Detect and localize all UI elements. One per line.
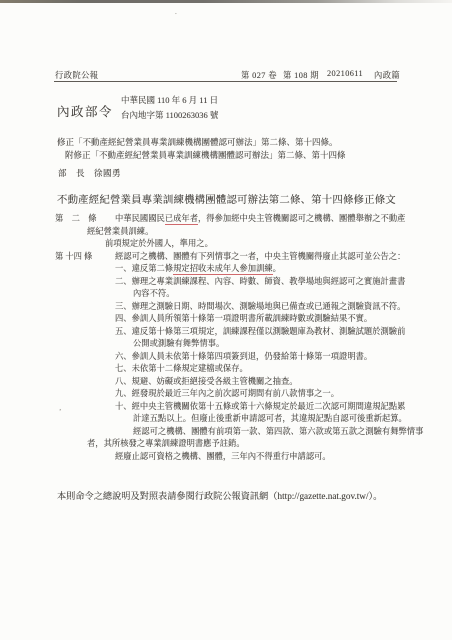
header-issue: 第 108 期 <box>283 69 319 81</box>
law-text: 六、參訓人員未依第十條第四項簽到退，仍發給第十條第一項證明書。 <box>115 351 372 362</box>
law-text-segment: 五、違反第十條第三項規定，訓練課程僅以測驗題庫為教材、測驗試題於測驗前 <box>115 327 405 336</box>
law-text-segment: 。 <box>273 264 281 273</box>
law-text: 公開或測驗有舞弊情事。 <box>133 338 224 349</box>
law-text: 四、參訓人員所領第十條第一項證明書所載訓練時數或測驗結果不實。 <box>115 313 372 324</box>
law-text: 計達五點以上。但廢止後重新申請認可者，其違規記點自認可後重新起算。 <box>133 413 407 424</box>
law-text-segment: 前項規定於外國人，準用之。 <box>105 239 213 248</box>
red-underlined-text: 規定招收未成年人參加訓練 <box>173 264 273 275</box>
gazette-scanned-page: . ’ 行政院公報 第 027 卷 第 108 期 20210611 內政篇 中… <box>0 0 452 640</box>
law-text-segment: 計達五點以上。但廢止後重新申請認可者，其違規記點自認可後重新起算。 <box>133 414 407 423</box>
law-text: 七、未依第十二條規定建檔或保存。 <box>115 363 248 374</box>
decree-agency: 內政部令 <box>57 102 113 120</box>
law-text-segment: 經廢止認可資格之機構、團體，三年內不得重行申請認可。 <box>115 452 331 461</box>
law-text-segment: 者，其所核發之專業訓練證明書應予註銷。 <box>87 439 245 448</box>
law-text: 三、辦理之測驗日期、時間場次、測驗場地與已備查或已通報之測驗資訊不符。 <box>115 301 405 312</box>
scanner-edge-artifact <box>0 0 452 3</box>
law-text: 經認可之機構、團體有前項第一款、第四款、第六款或第五款之測驗有舞弊情事 <box>133 426 423 437</box>
law-text: 九、經發現於最近三年內之前次認可期間有前八款情事之一。 <box>115 388 339 399</box>
law-text: 經認可之機構、團體有下列情事之一者，中央主管機關得廢止其認可並公告之： <box>115 251 405 262</box>
law-text-segment: ，得參加經中央主管機關認可之機構、團體舉辦之不動產 <box>198 214 405 223</box>
minister-signature: 部 長徐國勇 <box>58 167 121 179</box>
law-title: 不動產經紀營業員專業訓練機構團體認可辦法第二條、第十四條修正條文 <box>57 191 396 206</box>
law-text: 十、經中央主管機關依第十五條或第十六條規定於最近二次認可期間違規記點累 <box>115 401 405 412</box>
article-number-label: 第 十四 條 <box>55 251 92 262</box>
law-text: 內容不符。 <box>133 288 175 299</box>
law-text-segment: 六、參訓人員未依第十條第四項簽到退，仍發給第十條第一項證明書。 <box>115 352 372 361</box>
law-text-segment: 一、違反第二條 <box>115 264 173 273</box>
header-volume: 第 027 卷 <box>241 69 277 81</box>
minister-name: 徐國勇 <box>94 168 121 178</box>
law-text-segment: 經紀營業員訓練。 <box>87 227 153 236</box>
law-text-segment: 四、參訓人員所領第十條第一項證明書所載訓練時數或測驗結果不實。 <box>115 314 372 323</box>
law-text-segment: 內容不符。 <box>133 289 175 298</box>
red-underlined-text: 已成年者 <box>165 214 198 225</box>
law-text: 二、辦理之專業訓練課程、內容、時數、師資、教學場地與經認可之實施計畫書 <box>115 276 405 287</box>
law-text: 一、違反第二條規定招收未成年人參加訓練。 <box>115 263 281 274</box>
decree-ref-line: 台內地字第 1100263036 號 <box>121 109 218 121</box>
gazette-name: 行政院公報 <box>55 69 99 81</box>
scan-noise: ’ <box>59 409 61 416</box>
minister-title: 部 長 <box>58 168 85 178</box>
header-date-code: 20210611 <box>327 69 363 78</box>
law-text-segment: 經認可之機構、團體有前項第一款、第四款、第六款或第五款之測驗有舞弊情事 <box>133 427 423 436</box>
law-text: 八、規避、妨礙或拒絕接受各級主管機關之抽查。 <box>115 376 298 387</box>
header-rule <box>54 81 397 82</box>
decree-summary-line-1: 修正「不動產經紀營業員專業訓練機構團體認可辦法」第二條、第十四條。 <box>57 136 338 148</box>
law-text-segment: 中華民國國民 <box>115 214 165 223</box>
law-text: 前項規定於外國人，準用之。 <box>105 238 213 249</box>
law-text-segment: 經認可之機構、團體有下列情事之一者，中央主管機關得廢止其認可並公告之： <box>115 252 405 261</box>
law-text-segment: 九、經發現於最近三年內之前次認可期間有前八款情事之一。 <box>115 389 339 398</box>
law-text: 者，其所核發之專業訓練證明書應予註銷。 <box>87 438 245 449</box>
law-text: 五、違反第十條第三項規定，訓練課程僅以測驗題庫為教材、測驗試題於測驗前 <box>115 326 405 337</box>
decree-date-line: 中華民國 110 年 6 月 11 日 <box>121 94 218 106</box>
law-text: 經紀營業員訓練。 <box>87 226 153 237</box>
article-number-label: 第 二 條 <box>55 213 97 224</box>
footer-note: 本則命令之總說明及對照表請參閱行政院公報資訊網（http://gazette.n… <box>57 488 382 502</box>
law-text: 中華民國國民已成年者，得參加經中央主管機關認可之機構、團體舉辦之不動產 <box>115 213 405 224</box>
decree-summary-line-2: 附修正「不動產經紀營業員專業訓練機構團體認可辦法」第二條、第十四條 <box>65 149 346 161</box>
header-section: 內政篇 <box>374 69 400 81</box>
law-text-segment: 七、未依第十二條規定建檔或保存。 <box>115 364 248 373</box>
law-text-segment: 二、辦理之專業訓練課程、內容、時數、師資、教學場地與經認可之實施計畫書 <box>115 277 405 286</box>
law-text-segment: 八、規避、妨礙或拒絕接受各級主管機關之抽查。 <box>115 377 298 386</box>
law-text-segment: 公開或測驗有舞弊情事。 <box>133 339 224 348</box>
law-text-segment: 三、辦理之測驗日期、時間場次、測驗場地與已備查或已通報之測驗資訊不符。 <box>115 302 405 311</box>
law-text: 經廢止認可資格之機構、團體，三年內不得重行申請認可。 <box>115 451 331 462</box>
scan-noise: . <box>175 9 177 16</box>
law-text-segment: 十、經中央主管機關依第十五條或第十六條規定於最近二次認可期間違規記點累 <box>115 402 405 411</box>
